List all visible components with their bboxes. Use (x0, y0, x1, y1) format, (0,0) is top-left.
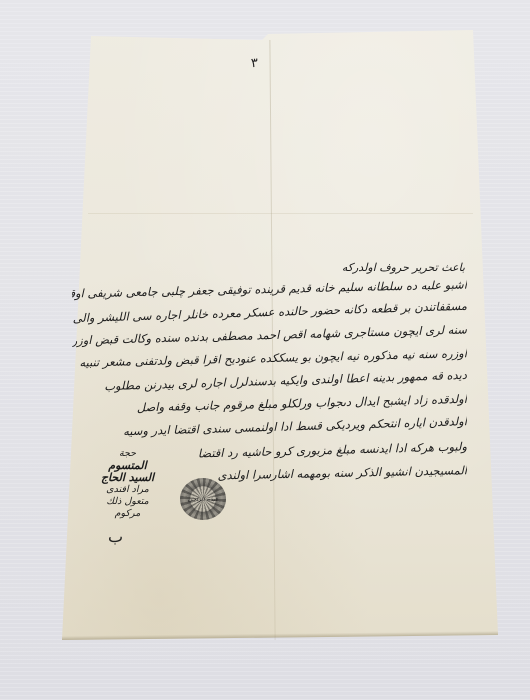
signature-mark: ب (108, 527, 123, 546)
signature-line: السيد الحاج (80, 472, 175, 484)
horizontal-fold-crease (88, 213, 473, 214)
signature-line: مركوم (80, 508, 175, 520)
signature-block: حجة المتسوم السيد الحاج مراد افندى متعول… (80, 448, 175, 520)
text-line: المسيجيدن انشيو الذكر سنه بومهمه اشارسرا… (197, 459, 467, 488)
seal-inscription: عبده الراجى (186, 496, 220, 503)
signature-line: مراد افندى (80, 484, 175, 496)
signature-line: متعول ذلك (80, 496, 175, 508)
ink-seal-stamp: عبده الراجى (180, 478, 226, 520)
page-number-annotation: ٣ (250, 56, 258, 71)
